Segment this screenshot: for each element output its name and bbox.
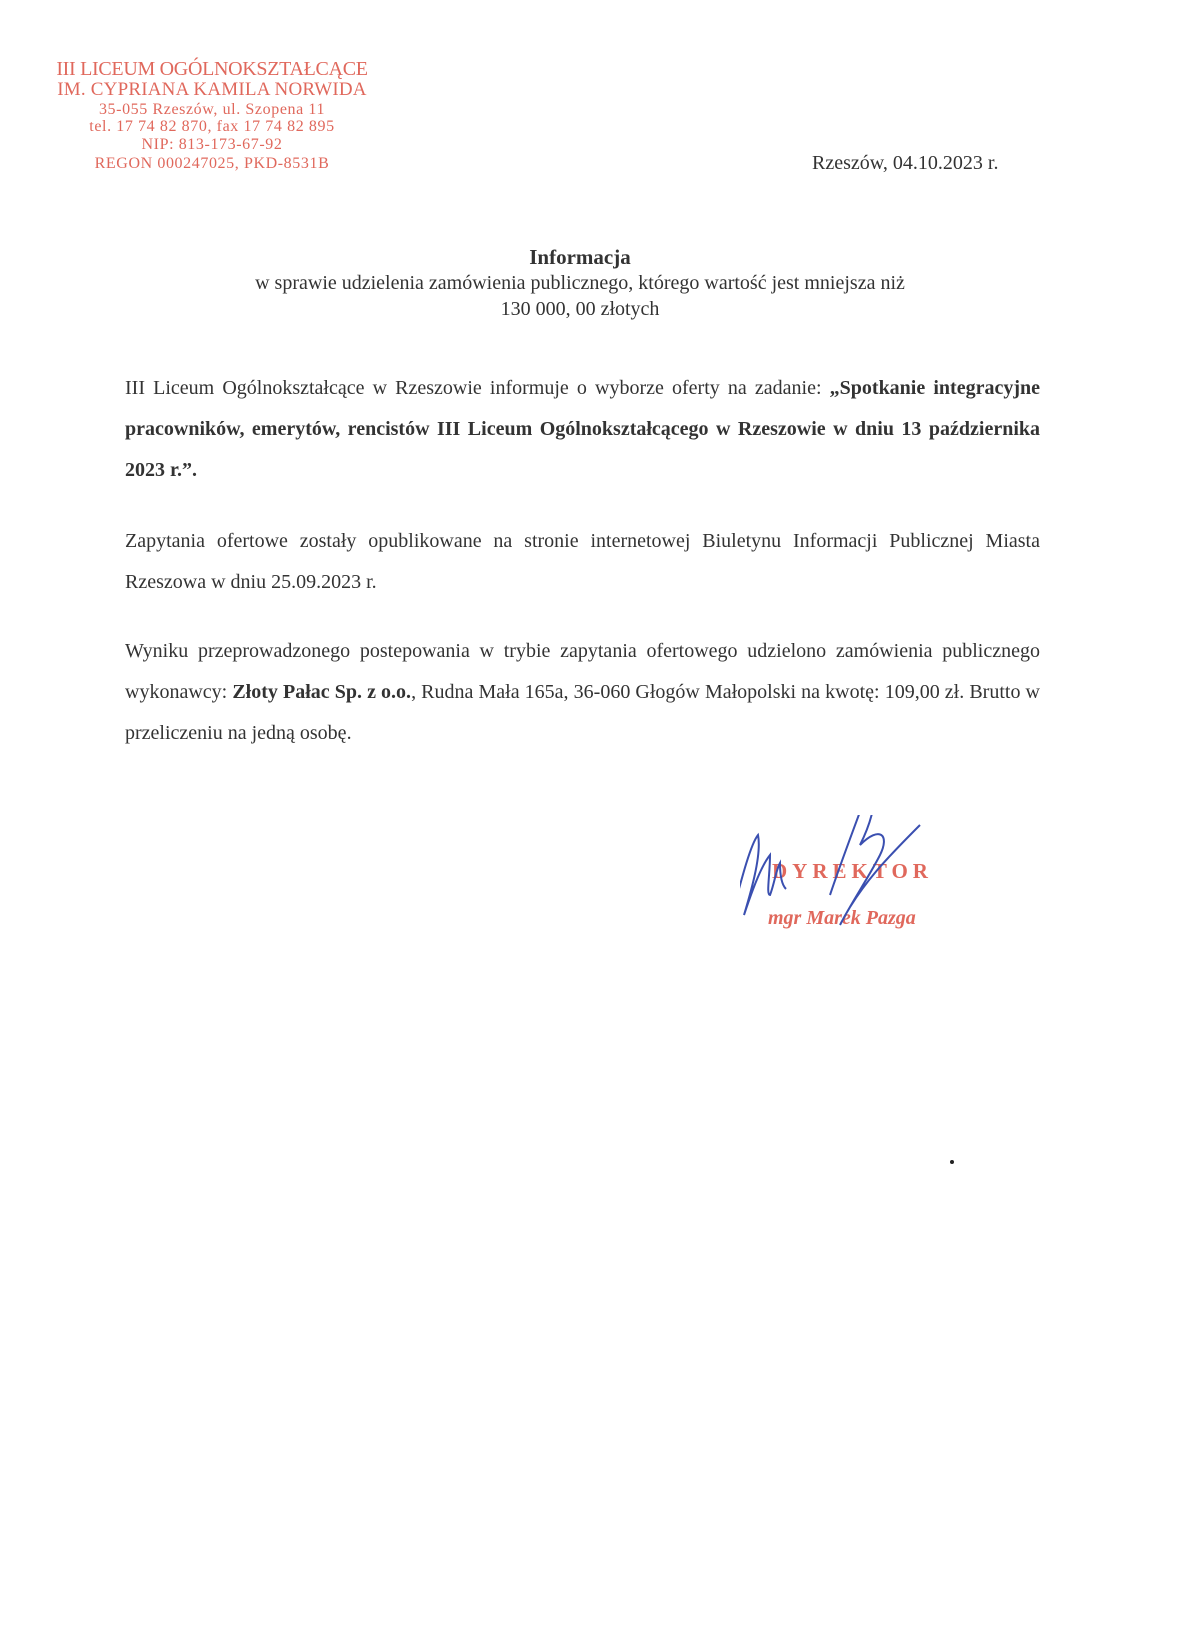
signature-block: DYREKTOR mgr Marek Pazga xyxy=(740,815,980,955)
document-date: Rzeszów, 04.10.2023 r. xyxy=(812,152,998,175)
document-subtitle-line1: w sprawie udzielenia zamówienia publiczn… xyxy=(100,270,1060,296)
school-stamp: III LICEUM OGÓLNOKSZTAŁCĄCE IM. CYPRIANA… xyxy=(52,58,372,172)
stamp-line-phone: tel. 17 74 82 870, fax 17 74 82 895 xyxy=(52,118,372,136)
stamp-line-patron: IM. CYPRIANA KAMILA NORWIDA xyxy=(52,80,372,101)
paragraph-offer-selection: III Liceum Ogólnokształcące w Rzeszowie … xyxy=(125,368,1040,491)
stamp-line-school-name: III LICEUM OGÓLNOKSZTAŁCĄCE xyxy=(52,58,372,80)
document-heading: Informacja w sprawie udzielenia zamówien… xyxy=(100,244,1060,322)
document-subtitle-line2: 130 000, 00 złotych xyxy=(100,296,1060,322)
offer-intro-text: III Liceum Ogólnokształcące w Rzeszowie … xyxy=(125,377,830,399)
scan-speck xyxy=(950,1160,954,1164)
handwritten-signature-icon xyxy=(740,815,980,955)
paragraph-award: Wyniku przeprowadzonego postepowania w t… xyxy=(125,631,1040,754)
contractor-name: Złoty Pałac Sp. z o.o. xyxy=(232,681,411,703)
stamp-line-address: 35-055 Rzeszów, ul. Szopena 11 xyxy=(52,101,372,119)
stamp-line-nip: NIP: 813-173-67-92 xyxy=(52,136,372,154)
document-title: Informacja xyxy=(100,244,1060,270)
paragraph-publication: Zapytania ofertowe zostały opublikowane … xyxy=(125,521,1040,603)
stamp-line-regon: REGON 000247025, PKD-8531B xyxy=(52,155,372,173)
publication-text: Zapytania ofertowe zostały opublikowane … xyxy=(125,530,1040,593)
